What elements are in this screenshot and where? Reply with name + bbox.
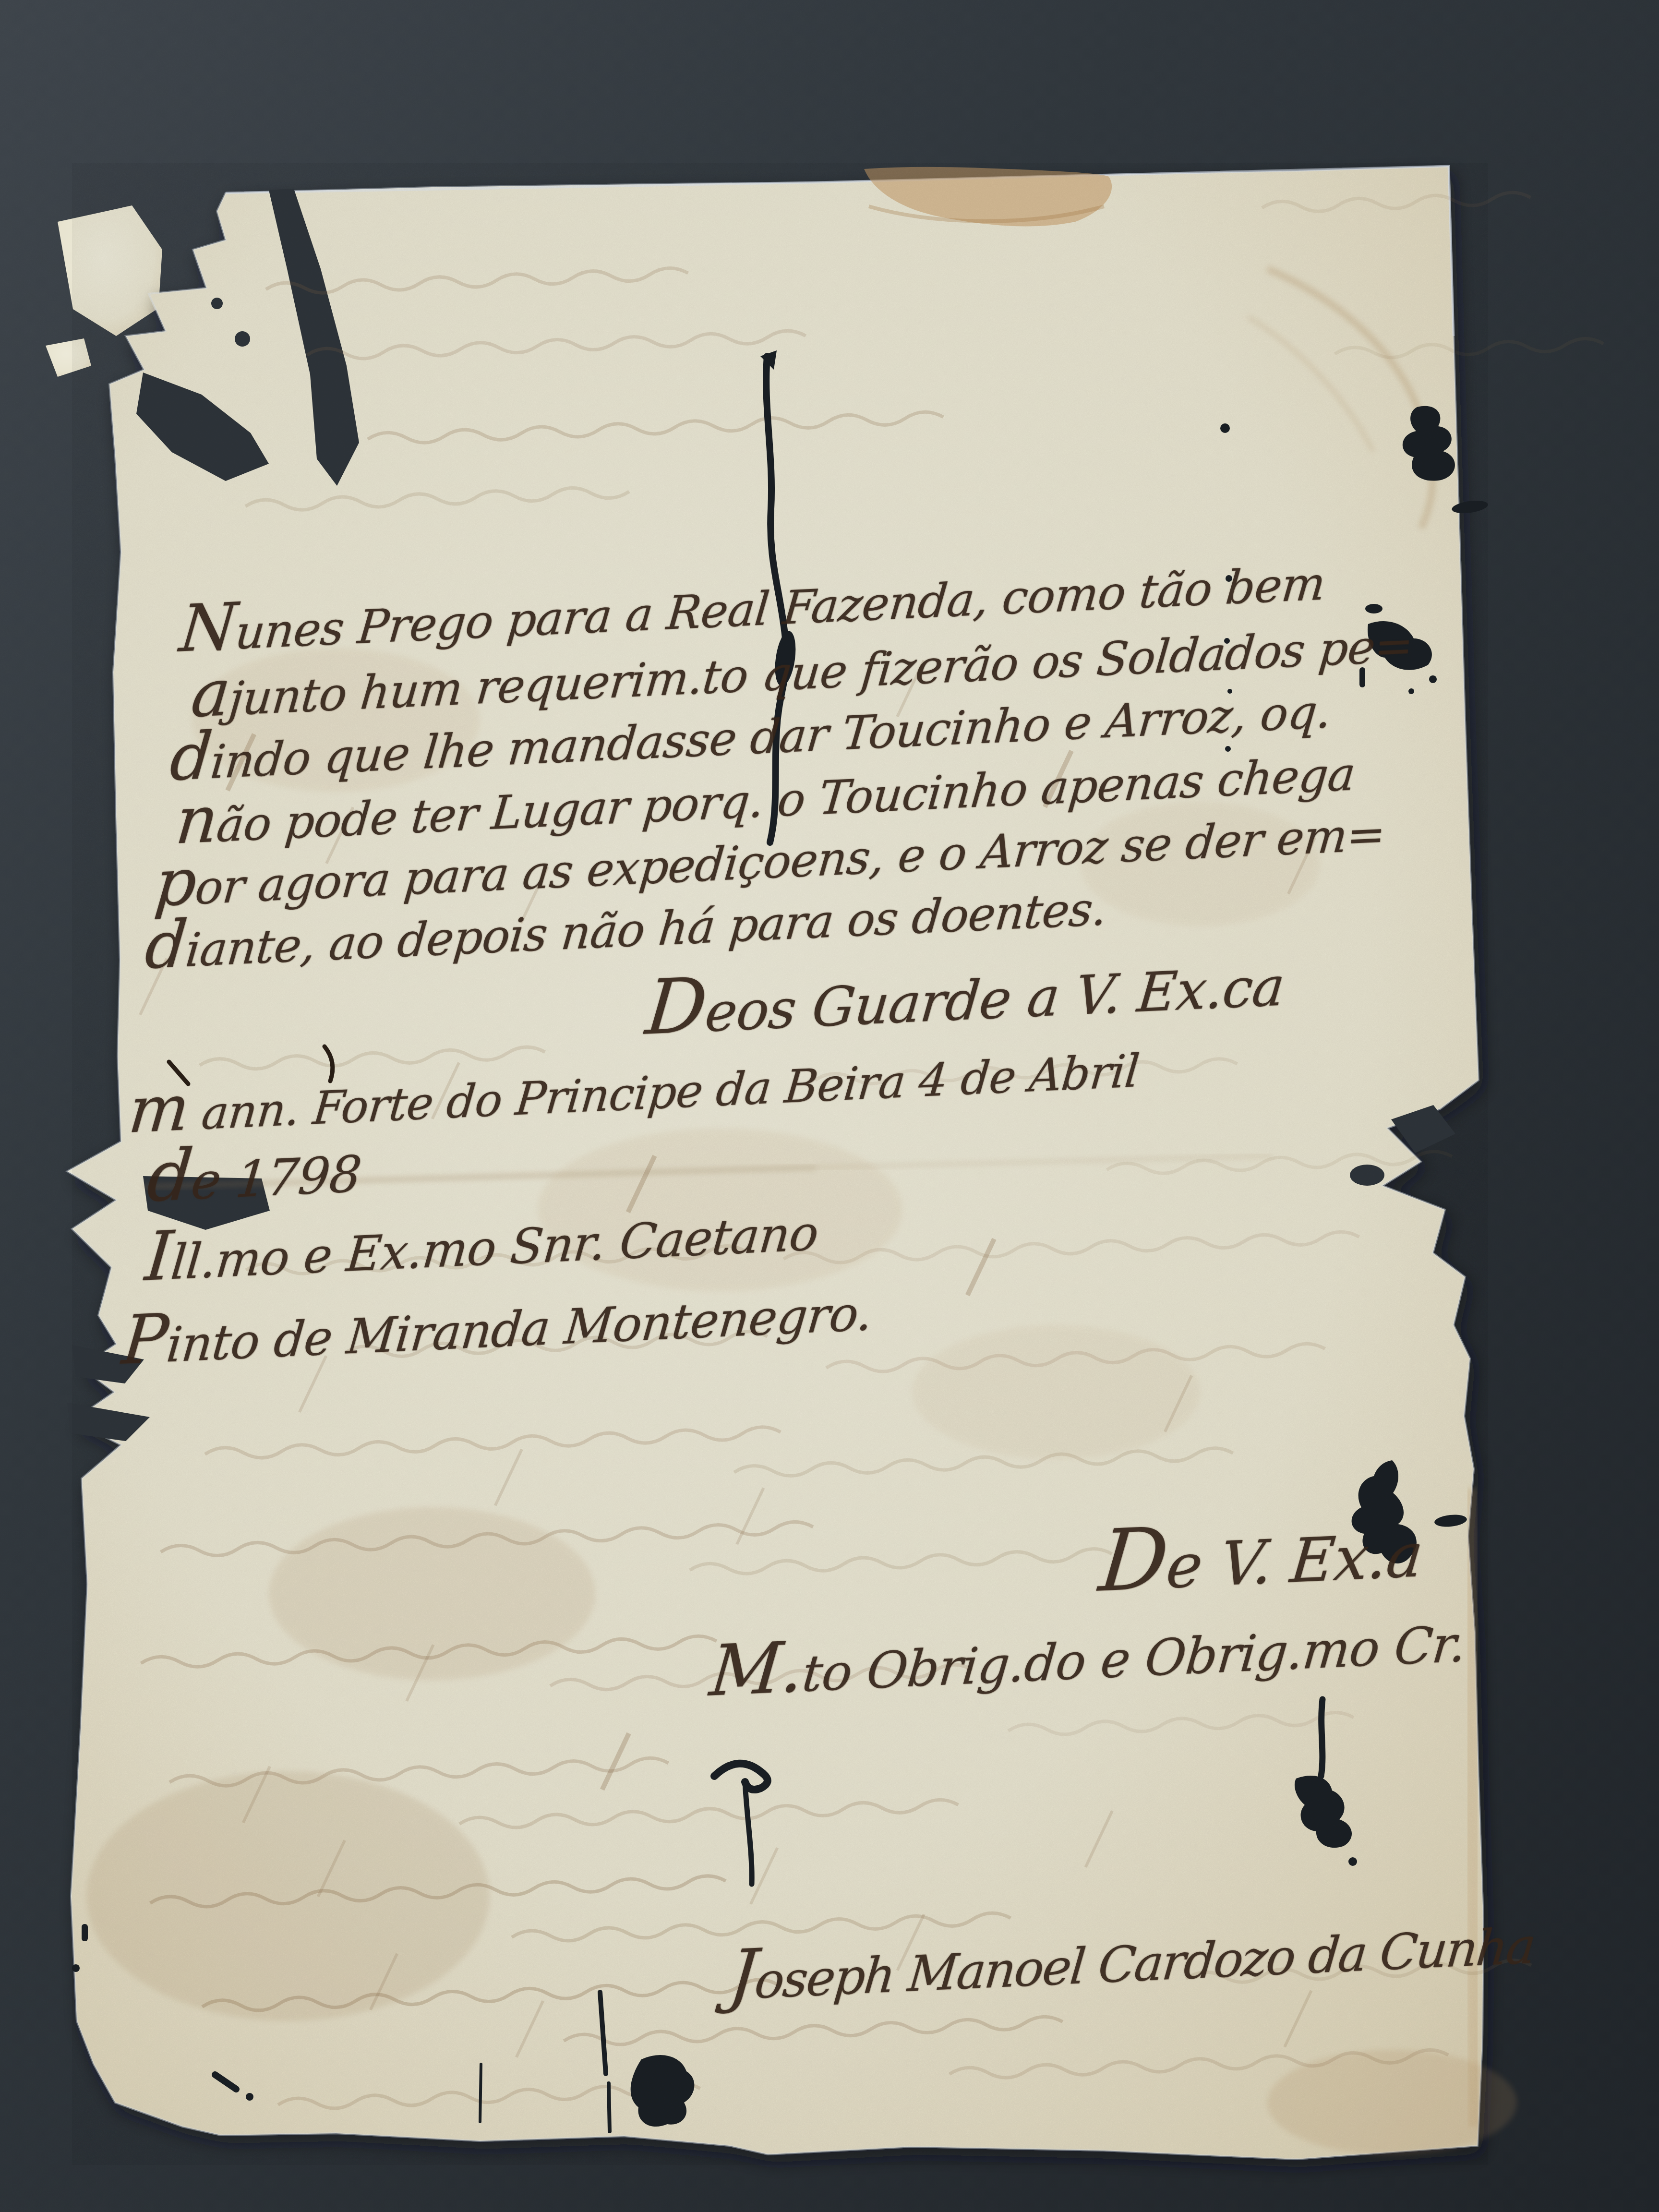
manuscript-photo: Nunes Prego para a Real Fazenda, como tã… [0,0,1659,2212]
letter-text: Nunes Prego para a Real Fazenda, como tã… [0,0,1659,2212]
signature-line: Joseph Manoel Cardozo da Cunha [726,1899,1539,2016]
compliment-line: M.to Obrig.do e Obrig.mo Cr. [707,1597,1470,1712]
dateline: m ann. Forte do Principe da Beira 4 de A… [126,1028,1143,1148]
courtesy-line: De V. Ex.a [1095,1497,1428,1611]
year-line: de 1798 [144,1127,365,1218]
